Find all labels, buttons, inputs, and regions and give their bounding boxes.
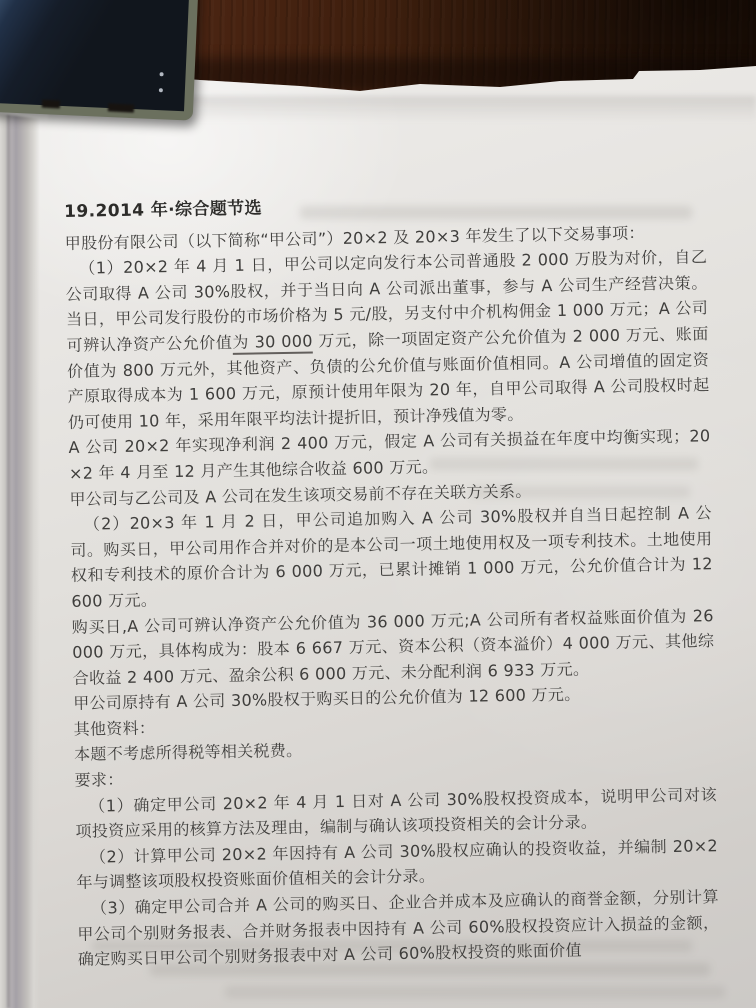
requirement-3: （3）确定甲公司合并 A 公司的购买日、企业合并成本及应确认的商誉金额，分别计算… — [77, 884, 720, 973]
purchase-day-paragraph: 购买日,A 公司可辨认净资产公允价值为 36 000 万元;A 公司所有者权益账… — [72, 603, 715, 692]
phone-side-button — [108, 103, 134, 112]
page-edge-crease — [7, 60, 10, 1008]
photo-of-document: 19.2014 年·综合题节选 甲股份有限公司（以下简称“甲公司”）20×2 及… — [0, 0, 756, 1008]
phone-side-button — [42, 100, 60, 109]
bleed-through-text — [225, 986, 725, 998]
fact-paragraph-2: （2）20×3 年 1 月 2 日，甲公司追加购入 A 公司 30%股权并自当日… — [70, 500, 714, 614]
underlined-fair-value: 为 30 000 — [232, 331, 313, 354]
document-page: 19.2014 年·综合题节选 甲股份有限公司（以下简称“甲公司”）20×2 及… — [0, 0, 756, 1008]
phone-device — [0, 0, 199, 121]
document-text: 19.2014 年·综合题节选 甲股份有限公司（以下简称“甲公司”）20×2 及… — [64, 188, 720, 972]
phone-screen — [0, 0, 190, 111]
book-page-edges — [0, 60, 40, 1008]
fact-paragraph-1: （1）20×2 年 4 月 1 日，甲公司以定向发行本公司普通股 2 000 万… — [65, 244, 710, 435]
